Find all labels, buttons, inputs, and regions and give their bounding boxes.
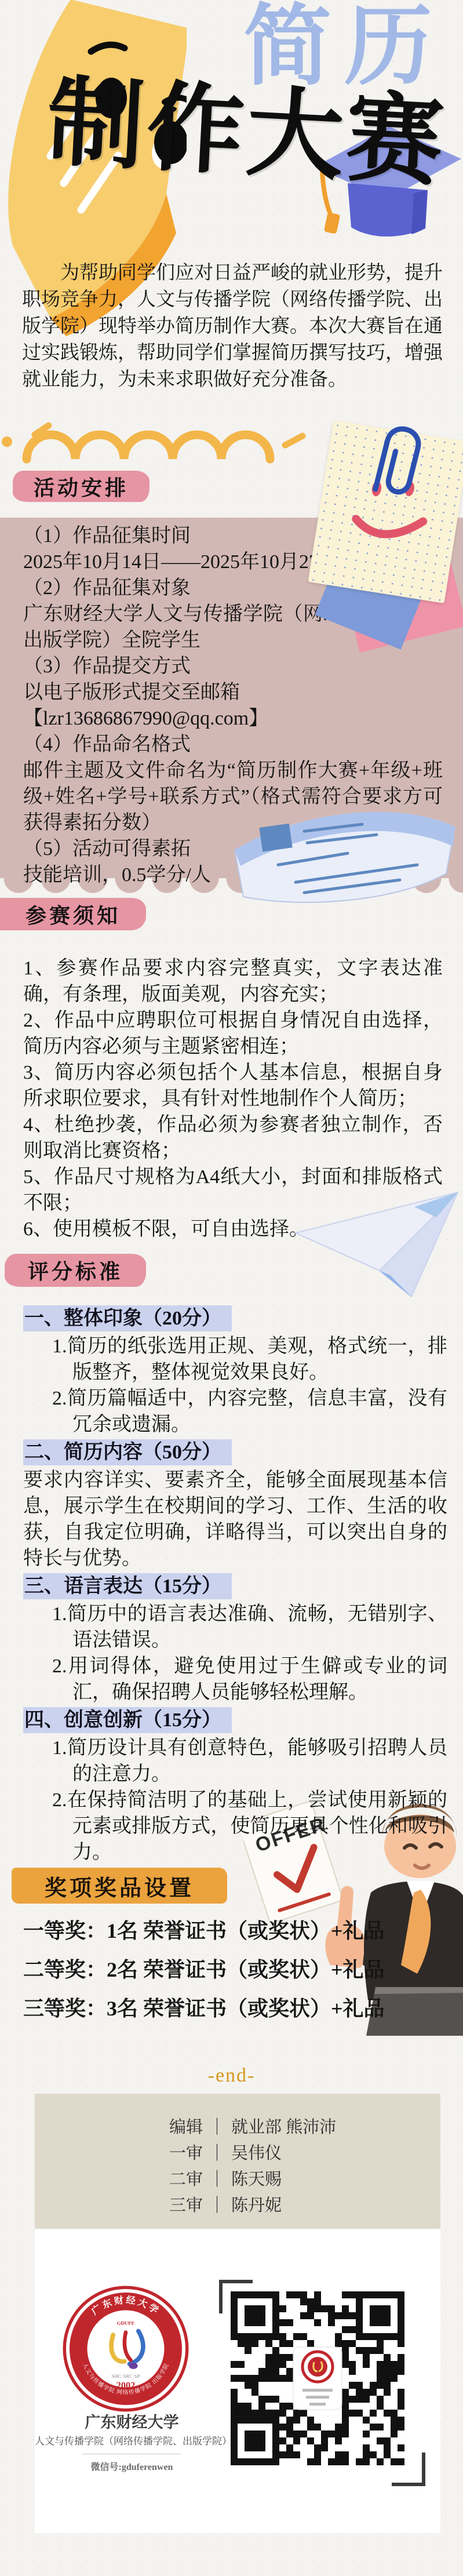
arrangement-line: 以电子版形式提交至邮箱 <box>23 679 443 705</box>
college-name: 人文与传播学院（网络传播学院、出版学院） <box>35 2433 229 2447</box>
scoring-badge: 评分标准 <box>5 1254 146 1287</box>
credits-panel: 编辑｜就业部 熊沛沛 一审｜吴伟仪 二审｜陈天赐 三审｜陈丹妮 <box>35 2094 440 2229</box>
criterion-point: 1.简历设计具有创意特色，能够吸引招聘人员的注意力。 <box>23 1735 447 1787</box>
credit-name: 陈天赐 <box>231 2170 282 2189</box>
credits-list: 编辑｜就业部 熊沛沛 一审｜吴伟仪 二审｜陈天赐 三审｜陈丹妮 <box>35 2094 440 2219</box>
scoring-criterion: 一、整体印象（20分） 1.简历的纸张选用正规、美观，格式统一，排版整齐，整体视… <box>23 1304 447 1438</box>
credit-separator: ｜ <box>203 2118 231 2137</box>
scoring-content: 一、整体印象（20分） 1.简历的纸张选用正规、美观，格式统一，排版整齐，整体视… <box>23 1304 447 1865</box>
poster: 简历 制作大赛 为帮助同学们应对日益严峻的就业形势，提升职场竞争力，人文与传播学… <box>0 0 463 2576</box>
end-mark: -end- <box>0 2065 463 2087</box>
credit-separator: ｜ <box>203 2196 231 2215</box>
poster-title-line2: 制作大赛 <box>45 73 448 191</box>
credit-line: 一审｜吴伟仪 <box>35 2141 440 2167</box>
award-item: 一等奖：1名 荣誉证书（或奖状）+礼品 <box>23 1912 429 1951</box>
university-name: 广东财经大学 <box>35 2410 229 2432</box>
award-item: 三等奖：3名 荣誉证书（或奖状）+礼品 <box>23 1989 429 2028</box>
credit-line: 编辑｜就业部 熊沛沛 <box>35 2115 440 2141</box>
paper-plane-illustration <box>293 1189 461 1302</box>
credit-role: 一审 <box>169 2144 203 2163</box>
notice-badge: 参赛须知 <box>0 898 146 930</box>
notice-item: 4、杜绝抄袭，作品必须为参赛者独立制作，否则取消比赛资格； <box>23 1112 443 1164</box>
credit-role: 编辑 <box>169 2118 203 2137</box>
criterion-paragraph: 要求内容详实、要素齐全，能够全面展现基本信息，展示学生在校期间的学习、工作、生活… <box>23 1467 447 1571</box>
scoring-criterion: 二、简历内容（50分） 要求内容详实、要素齐全，能够全面展现基本信息，展示学生在… <box>23 1438 447 1571</box>
footer-card: 广东财经大学 人文与传播学院 网络传播学院 出版学院 GDUFE SHC·SRC… <box>35 2229 440 2533</box>
emblem-year: 2002 <box>116 2380 136 2391</box>
arrangement-line: （4）作品命名格式 <box>23 732 443 758</box>
curled-paper-illustration <box>226 795 461 908</box>
intro-paragraph: 为帮助同学们应对日益严峻的就业形势，提升职场竞争力，人文与传播学院（网络传播学院… <box>22 260 443 393</box>
criterion-point: 2.简历篇幅适中，内容完整，信息丰富，没有冗余或遗漏。 <box>23 1385 447 1438</box>
criterion-point: 2.在保持简洁明了的基础上，尝试使用新颖的元素或排版方式，使简历更具个性化和吸引… <box>23 1787 447 1865</box>
criterion-heading: 三、语言表达（15分） <box>23 1573 232 1599</box>
credit-separator: ｜ <box>203 2170 231 2189</box>
credit-name: 吴伟仪 <box>231 2144 282 2163</box>
criterion-heading: 二、简历内容（50分） <box>23 1439 232 1465</box>
arrangement-line: 【lzr13686867990@qq.com】 <box>23 705 443 732</box>
qr-center-logo <box>293 2347 342 2410</box>
notice-item: 2、作品中应聘职位可根据自身情况自由选择，简历内容必须与主题紧密相连； <box>23 1007 443 1060</box>
qr-code <box>231 2291 404 2465</box>
emblem-abbr2: SHC·SRC·SP <box>112 2373 140 2379</box>
wechat-id: 微信号:gduferenwen <box>35 2459 229 2473</box>
scoring-criterion: 四、创意创新（15分） 1.简历设计具有创意特色，能够吸引招聘人员的注意力。 2… <box>23 1705 447 1865</box>
credit-separator: ｜ <box>203 2144 231 2163</box>
notice-item: 3、简历内容必须包括个人基本信息，根据自身所求职位要求，具有针对性地制作个人简历… <box>23 1060 443 1112</box>
credit-name: 就业部 熊沛沛 <box>231 2118 336 2137</box>
awards-badge: 奖项奖品设置 <box>12 1868 227 1904</box>
criterion-heading: 四、创意创新（15分） <box>23 1707 232 1733</box>
credit-role: 二审 <box>169 2170 203 2189</box>
emblem-abbr1: GDUFE <box>117 2320 135 2326</box>
credit-role: 三审 <box>169 2196 203 2215</box>
arrangement-badge: 活动安排 <box>13 471 150 502</box>
poster-title-line1: 简历 <box>243 2 445 90</box>
credit-line: 二审｜陈天赐 <box>35 2167 440 2193</box>
college-emblem: 广东财经大学 人文与传播学院 网络传播学院 出版学院 GDUFE SHC·SRC… <box>63 2286 189 2412</box>
scallop-line-decoration <box>0 417 316 468</box>
credit-line: 三审｜陈丹妮 <box>35 2193 440 2219</box>
credit-name: 陈丹妮 <box>231 2196 282 2215</box>
award-item: 二等奖：2名 荣誉证书（或奖状）+礼品 <box>23 1951 429 1989</box>
scoring-criterion: 三、语言表达（15分） 1.简历中的语言表达准确、流畅，无错别字、语法错误。 2… <box>23 1571 447 1705</box>
criterion-heading: 一、整体印象（20分） <box>23 1305 232 1331</box>
footer-divider <box>82 2454 181 2454</box>
criterion-point: 1.简历的纸张选用正规、美观，格式统一，排版整齐，整体视觉效果良好。 <box>23 1333 447 1385</box>
criterion-point: 1.简历中的语言表达准确、流畅，无错别字、语法错误。 <box>23 1601 447 1653</box>
awards-content: 一等奖：1名 荣誉证书（或奖状）+礼品 二等奖：2名 荣誉证书（或奖状）+礼品 … <box>23 1912 429 2028</box>
notice-item: 1、参赛作品要求内容完整真实，文字表达准确，有条理，版面美观，内容充实； <box>23 955 443 1007</box>
arrangement-line: （3）作品提交方式 <box>23 653 443 679</box>
criterion-point: 2.用词得体，避免使用过于生僻或专业的词汇，确保招聘人员能够轻松理解。 <box>23 1653 447 1705</box>
